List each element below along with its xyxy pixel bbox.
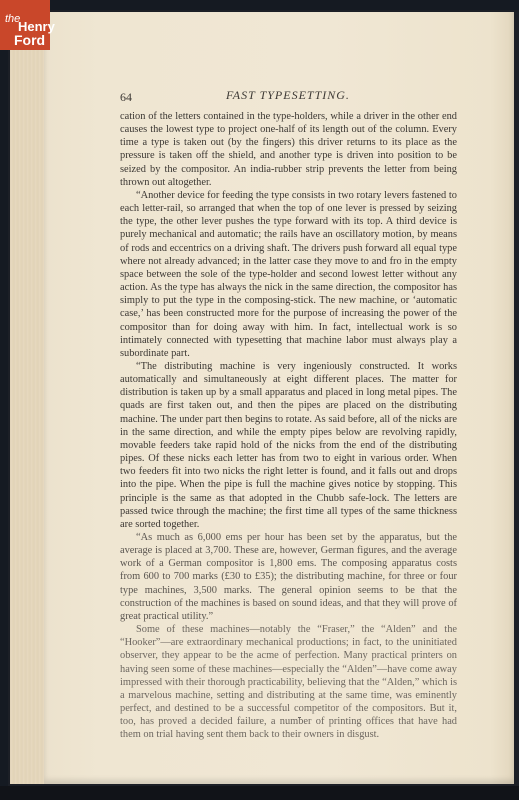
page-body: cation of the letters contained in the t…: [120, 110, 457, 742]
henry-ford-logo: the Henry Ford: [0, 0, 50, 50]
logo-ford: Ford: [14, 34, 45, 46]
page-edges: [10, 12, 45, 784]
page-header: 64 FAST TYPESETTING.: [120, 90, 430, 104]
paragraph: “Another device for feeding the type con…: [120, 189, 457, 360]
paragraph: “The distributing machine is very ingeni…: [120, 360, 457, 531]
printer-mark: [298, 717, 301, 718]
running-title: FAST TYPESETTING.: [226, 88, 350, 103]
paragraph: cation of the letters contained in the t…: [120, 110, 457, 189]
paragraph: Some of these machines—notably the “Fras…: [120, 623, 457, 741]
page-number: 64: [120, 90, 132, 105]
paragraph: “As much as 6,000 ems per hour has been …: [120, 531, 457, 623]
book-bottom-edge: [0, 786, 519, 800]
